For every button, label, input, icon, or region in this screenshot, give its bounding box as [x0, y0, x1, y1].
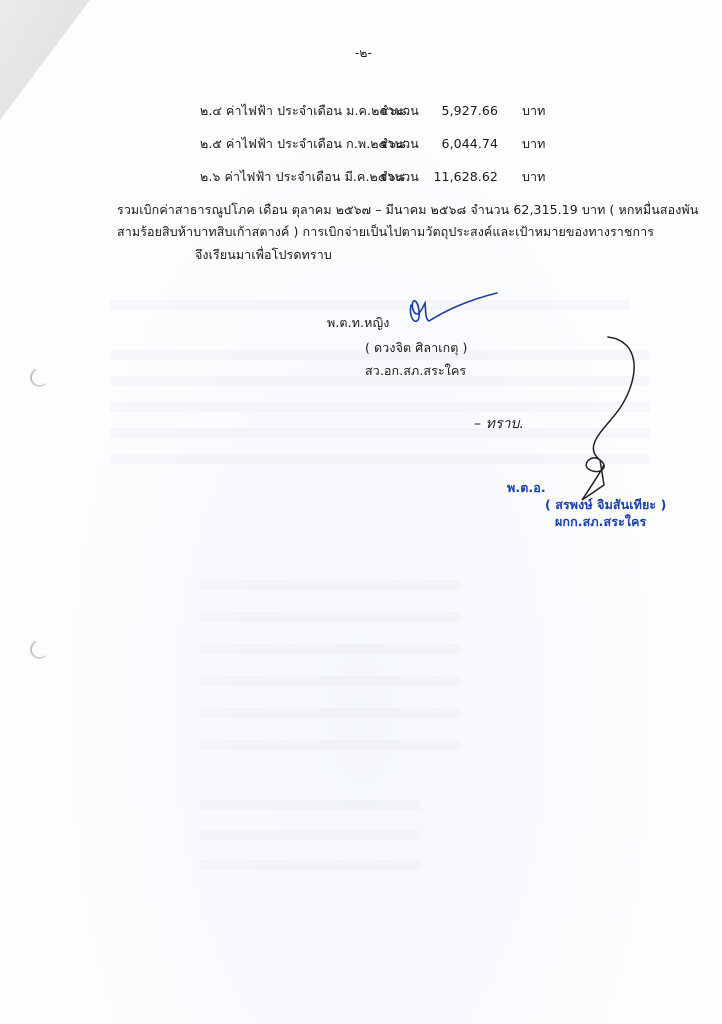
- bleed-through: [110, 300, 630, 310]
- item-amount: 11,628.62: [430, 169, 498, 184]
- item-amount: 5,927.66: [430, 103, 498, 118]
- item-label: ๒.๖ ค่าไฟฟ้า ประจำเดือน มี.ค.๒๕๖๘: [200, 167, 380, 187]
- bleed-through: [200, 860, 420, 870]
- item-unit: บาท: [522, 134, 546, 154]
- bleed-through: [110, 454, 650, 464]
- signer2-position: ผกก.สภ.สระใคร: [555, 512, 646, 532]
- bleed-through: [200, 612, 460, 622]
- bleed-through: [200, 740, 460, 750]
- bleed-through: [110, 428, 650, 438]
- item-unit: บาท: [522, 101, 546, 121]
- signature-icon: [405, 285, 505, 330]
- punch-hole-icon: [28, 366, 50, 388]
- item-qty-label: จำนวน: [380, 101, 430, 121]
- signer1-position: สว.อก.สภ.สระใคร: [365, 361, 466, 381]
- summary-line-2: สามร้อยสิบห้าบาทสิบเก้าสตางค์ ) การเบิกจ…: [117, 222, 654, 242]
- bleed-through: [200, 708, 460, 718]
- bleed-through: [200, 580, 460, 590]
- signer1-name: ( ดวงจิต ศิลาเกตุ ): [365, 338, 468, 358]
- bleed-through: [200, 830, 420, 840]
- document-page: -๒- ๒.๔ ค่าไฟฟ้า ประจำเดือน ม.ค.๒๕๖๘จำนว…: [0, 0, 722, 1024]
- expense-item: ๒.๖ ค่าไฟฟ้า ประจำเดือน มี.ค.๒๕๖๘จำนวน11…: [200, 167, 546, 187]
- signer2-rank: พ.ต.อ.: [507, 478, 546, 498]
- closing-line: จึงเรียนมาเพื่อโปรดทราบ: [195, 245, 332, 265]
- expense-item: ๒.๔ ค่าไฟฟ้า ประจำเดือน ม.ค.๒๕๖๘จำนวน5,9…: [200, 101, 546, 121]
- item-label: ๒.๕ ค่าไฟฟ้า ประจำเดือน ก.พ.๒๕๖๘: [200, 134, 380, 154]
- folded-corner: [0, 0, 90, 120]
- item-label: ๒.๔ ค่าไฟฟ้า ประจำเดือน ม.ค.๒๕๖๘: [200, 101, 380, 121]
- bleed-through: [200, 676, 460, 686]
- bleed-through: [110, 402, 650, 412]
- bleed-through: [200, 644, 460, 654]
- item-qty-label: จำนวน: [380, 134, 430, 154]
- approval-mark: – ทราบ.: [474, 413, 524, 435]
- signature-icon: [570, 335, 650, 505]
- signer1-rank: พ.ต.ท.หญิง: [327, 313, 389, 333]
- punch-hole-icon: [28, 638, 50, 660]
- item-amount: 6,044.74: [430, 136, 498, 151]
- summary-line-1: รวมเบิกค่าสาธารณูปโภค เดือน ตุลาคม ๒๕๖๗ …: [117, 200, 698, 220]
- bleed-through: [200, 800, 420, 810]
- item-qty-label: จำนวน: [380, 167, 430, 187]
- item-unit: บาท: [522, 167, 546, 187]
- page-number: -๒-: [355, 44, 372, 63]
- expense-item: ๒.๕ ค่าไฟฟ้า ประจำเดือน ก.พ.๒๕๖๘จำนวน6,0…: [200, 134, 546, 154]
